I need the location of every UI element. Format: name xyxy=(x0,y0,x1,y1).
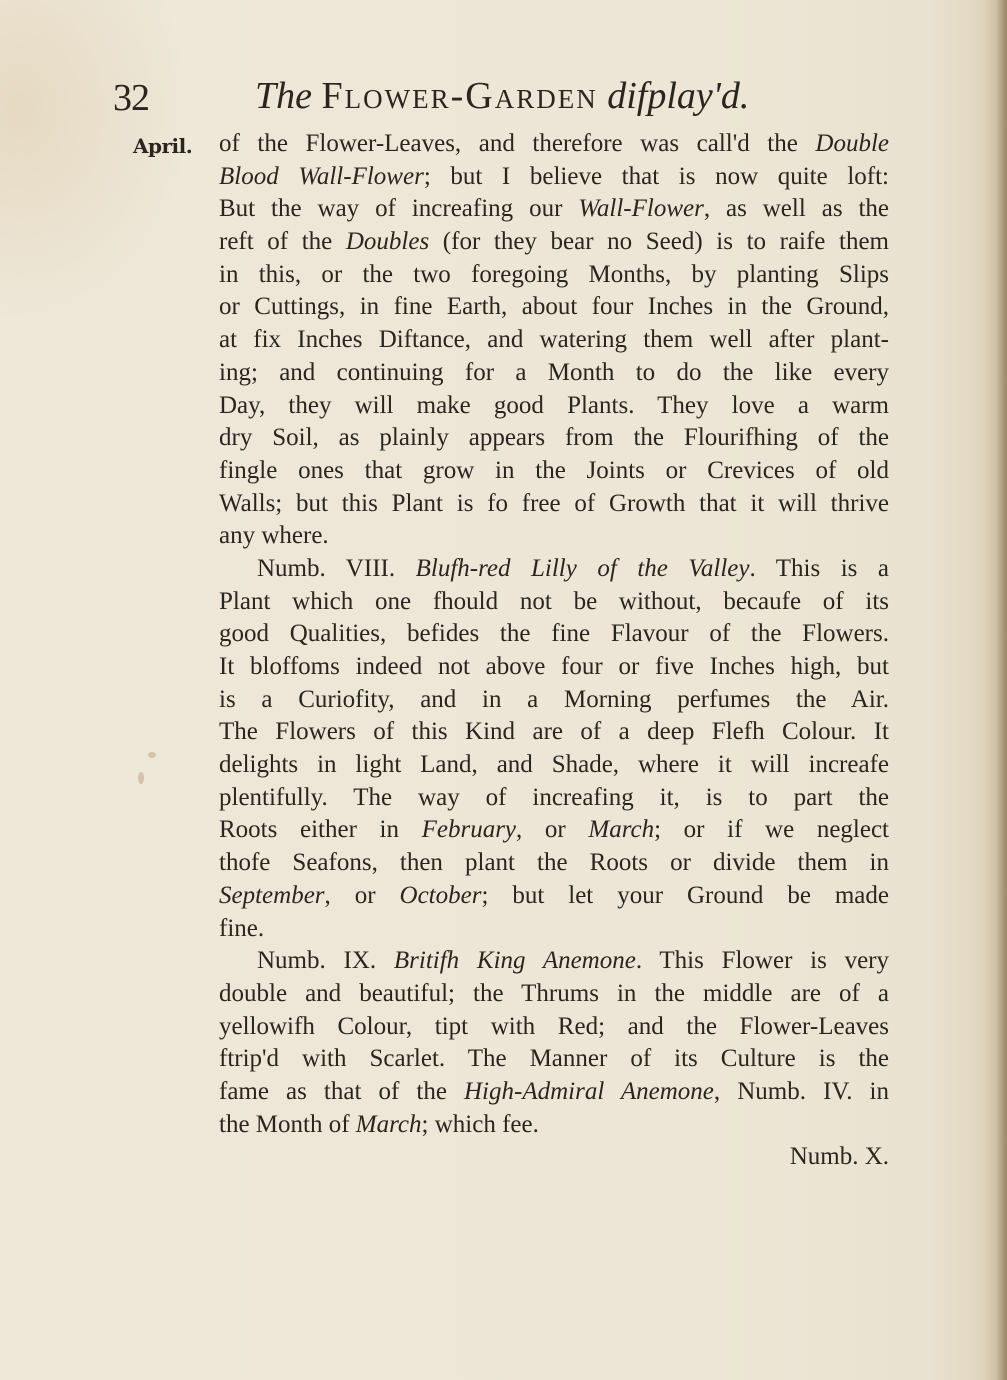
text-segment: dry Soil, as plainly appears from the Fl… xyxy=(219,424,889,451)
text-segment: (for they bear no Seed) is to raife them xyxy=(429,228,889,255)
text-segment: The Flowers of this Kind are of a deep F… xyxy=(219,718,889,745)
running-title-article: The xyxy=(255,75,312,117)
italic-segment: Britifh King Anemone xyxy=(394,947,636,974)
text-segment: ftrip'd with Scarlet. The Manner of its … xyxy=(219,1045,889,1072)
margin-note-month: April. xyxy=(133,133,192,159)
catchword: Numb. X. xyxy=(219,1141,889,1174)
text-line: of the Flower-Leaves, and therefore was … xyxy=(219,128,889,161)
italic-segment: Wall-Flower xyxy=(578,195,703,222)
text-segment: at fix Inches Diftance, and watering the… xyxy=(219,326,889,353)
text-segment: fingle ones that grow in the Joints or C… xyxy=(219,457,889,484)
italic-segment: High-Admiral Anemone xyxy=(464,1078,714,1105)
running-title-suffix: difplay'd. xyxy=(607,75,749,117)
text-segment: yellowifh Colour, tipt with Red; and the… xyxy=(219,1013,889,1040)
text-segment: reft of the xyxy=(219,228,346,255)
text-line: in this, or the two foregoing Months, by… xyxy=(219,259,889,292)
text-line: fame as that of the High-Admiral Anemone… xyxy=(219,1076,889,1109)
text-line: double and beautiful; the Thrums in the … xyxy=(219,978,889,1011)
italic-segment: Blufh-red Lilly of the Valley xyxy=(416,555,750,582)
text-line: September, or October; but let your Grou… xyxy=(219,880,889,913)
text-segment: or Cuttings, in fine Earth, about four I… xyxy=(219,293,889,320)
italic-segment: October xyxy=(400,882,482,909)
paper-stain xyxy=(148,752,156,758)
text-segment: . This Flower is very xyxy=(636,947,889,974)
text-line: Walls; but this Plant is fo free of Grow… xyxy=(219,488,889,521)
text-segment: double and beautiful; the Thrums in the … xyxy=(219,980,889,1007)
text-segment: good Qualities, befides the fine Flavour… xyxy=(219,620,889,647)
text-line: plentifully. The way of increafing it, i… xyxy=(219,782,889,815)
text-segment: ; which fee. xyxy=(422,1111,539,1138)
text-segment: ; but I believe that is now quite loft: xyxy=(424,163,889,190)
text-segment: Day, they will make good Plants. They lo… xyxy=(219,392,889,419)
text-segment: , or xyxy=(516,816,588,843)
text-segment: thofe Seafons, then plant the Roots or d… xyxy=(219,849,889,876)
text-segment: plentifully. The way of increafing it, i… xyxy=(219,784,889,811)
text-segment: Numb. VIII. xyxy=(257,555,416,582)
text-segment: Plant which one fhould not be without, b… xyxy=(219,588,889,615)
running-title: The Flower-Garden difplay'd. xyxy=(255,74,749,118)
italic-segment: March xyxy=(356,1111,422,1138)
text-line: fingle ones that grow in the Joints or C… xyxy=(219,455,889,488)
text-segment: fine. xyxy=(219,915,264,942)
text-line: or Cuttings, in fine Earth, about four I… xyxy=(219,291,889,324)
text-line: Roots either in February, or March; or i… xyxy=(219,814,889,847)
text-line: good Qualities, befides the fine Flavour… xyxy=(219,618,889,651)
text-line: Numb. VIII. Blufh-red Lilly of the Valle… xyxy=(219,553,889,586)
text-segment: . This is a xyxy=(749,555,889,582)
text-segment: , or xyxy=(325,882,400,909)
italic-segment: Blood Wall-Flower xyxy=(219,163,424,190)
text-segment: in this, or the two foregoing Months, by… xyxy=(219,261,889,288)
text-segment: But the way of increafing our xyxy=(219,195,578,222)
text-segment: Roots either in xyxy=(219,816,422,843)
text-line: The Flowers of this Kind are of a deep F… xyxy=(219,716,889,749)
italic-segment: Double xyxy=(815,130,889,157)
text-segment: the Month of xyxy=(219,1111,356,1138)
text-line: delights in light Land, and Shade, where… xyxy=(219,749,889,782)
text-segment: Walls; but this Plant is fo free of Grow… xyxy=(219,490,889,517)
italic-segment: February xyxy=(422,816,516,843)
text-segment: ; but let your Ground be made xyxy=(481,882,889,909)
book-page: 32 The Flower-Garden difplay'd. April. o… xyxy=(0,0,1007,1380)
text-segment: fame as that of the xyxy=(219,1078,464,1105)
text-line: Numb. IX. Britifh King Anemone. This Flo… xyxy=(219,945,889,978)
italic-segment: September xyxy=(219,882,325,909)
text-segment: is a Curiofity, and in a Morning perfume… xyxy=(219,686,889,713)
text-segment: of the Flower-Leaves, and therefore was … xyxy=(219,130,815,157)
text-segment: , Numb. IV. in xyxy=(714,1078,889,1105)
text-line: It bloffoms indeed not above four or fiv… xyxy=(219,651,889,684)
text-line: yellowifh Colour, tipt with Red; and the… xyxy=(219,1011,889,1044)
text-line: is a Curiofity, and in a Morning perfume… xyxy=(219,684,889,717)
spine-shadow xyxy=(985,0,1007,1380)
italic-segment: Doubles xyxy=(346,228,429,255)
text-segment: , as well as the xyxy=(704,195,889,222)
text-line: fine. xyxy=(219,913,889,946)
text-segment: ; or if we neglect xyxy=(654,816,889,843)
text-segment: Numb. X. xyxy=(790,1143,889,1170)
text-line: Plant which one fhould not be without, b… xyxy=(219,586,889,619)
text-line: ing; and continuing for a Month to do th… xyxy=(219,357,889,390)
body-text: of the Flower-Leaves, and therefore was … xyxy=(219,128,889,1174)
running-title-main: Flower-Garden xyxy=(322,75,598,117)
page-number: 32 xyxy=(113,76,149,120)
text-line: at fix Inches Diftance, and watering the… xyxy=(219,324,889,357)
running-head: 32 The Flower-Garden difplay'd. xyxy=(113,72,873,122)
text-line: ftrip'd with Scarlet. The Manner of its … xyxy=(219,1043,889,1076)
italic-segment: March xyxy=(588,816,654,843)
text-line: the Month of March; which fee. xyxy=(219,1109,889,1142)
paper-stain xyxy=(138,772,144,784)
text-line: Day, they will make good Plants. They lo… xyxy=(219,390,889,423)
text-line: But the way of increafing our Wall-Flowe… xyxy=(219,193,889,226)
text-segment: Numb. IX. xyxy=(257,947,394,974)
text-line: thofe Seafons, then plant the Roots or d… xyxy=(219,847,889,880)
text-line: any where. xyxy=(219,520,889,553)
text-line: dry Soil, as plainly appears from the Fl… xyxy=(219,422,889,455)
text-line: reft of the Doubles (for they bear no Se… xyxy=(219,226,889,259)
text-segment: any where. xyxy=(219,522,329,549)
text-segment: It bloffoms indeed not above four or fiv… xyxy=(219,653,889,680)
text-segment: ing; and continuing for a Month to do th… xyxy=(219,359,889,386)
text-segment: delights in light Land, and Shade, where… xyxy=(219,751,889,778)
text-line: Blood Wall-Flower; but I believe that is… xyxy=(219,161,889,194)
